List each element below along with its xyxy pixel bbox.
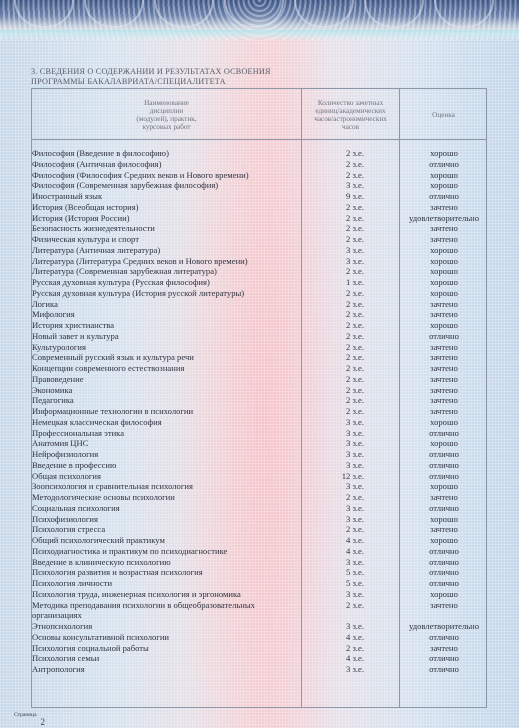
border-ornament-icon (84, 0, 144, 28)
discipline-name: Русская духовная культура (История русск… (32, 288, 297, 299)
header-text: Наименование (136, 99, 196, 107)
table-row: Литература (Литература Средних веков и Н… (32, 256, 486, 267)
grade-cell: зачтено (401, 342, 487, 353)
border-ornament-icon (364, 0, 424, 28)
credits-cell: 2 з.е. (324, 202, 364, 213)
discipline-name: Психология труда, инженерная психология … (32, 589, 297, 600)
discipline-name: Литература (Античная литература) (32, 245, 297, 256)
discipline-name: Нейрофизиология (32, 449, 297, 460)
table-row: Введение в профессию3 з.е.отлично (32, 460, 486, 471)
grade-cell: отлично (401, 664, 487, 675)
grade-cell: зачтено (401, 299, 487, 310)
section-title-line: 3. СВЕДЕНИЯ О СОДЕРЖАНИИ И РЕЗУЛЬТАТАХ О… (31, 67, 271, 77)
table-body: Философия (Введение в философию)2 з.е.хо… (32, 148, 486, 675)
credits-cell: 4 з.е. (324, 546, 364, 557)
credits-cell: 9 з.е. (324, 191, 364, 202)
grade-cell: зачтено (401, 643, 487, 654)
discipline-name: Общая психология (32, 471, 297, 482)
grade-cell: отлично (401, 546, 487, 557)
page-footer: Страница 2 (14, 712, 45, 728)
credits-cell: 2 з.е. (324, 148, 364, 159)
credits-cell: 3 з.е. (324, 245, 364, 256)
discipline-name: Педагогика (32, 395, 297, 406)
discipline-name: Литература (Литература Средних веков и Н… (32, 256, 297, 267)
table-row: Психология социальной работы2 з.е.зачтен… (32, 643, 486, 654)
credits-cell: 2 з.е. (324, 643, 364, 654)
credits-cell: 2 з.е. (324, 266, 364, 277)
table-row: Литература (Современная зарубежная литер… (32, 266, 486, 277)
table-row: Методика преподавания психологии в общео… (32, 600, 486, 622)
credits-cell: 2 з.е. (324, 406, 364, 417)
grade-cell: отлично (401, 503, 487, 514)
grade-cell: зачтено (401, 524, 487, 535)
grade-cell: хорошо (401, 288, 487, 299)
table-row: Новый завет и культура2 з.е.отлично (32, 331, 486, 342)
table-row: История (Всеобщая история)2 з.е.зачтено (32, 202, 486, 213)
grade-cell: хорошо (401, 438, 487, 449)
credits-cell: 2 з.е. (324, 374, 364, 385)
grade-cell: зачтено (401, 363, 487, 374)
discipline-name: Мифология (32, 309, 297, 320)
credits-cell: 2 з.е. (324, 352, 364, 363)
table-row: Русская духовная культура (История русск… (32, 288, 486, 299)
credits-cell: 5 з.е. (324, 567, 364, 578)
grades-table: Наименование дисциплин (модулей), практи… (31, 88, 487, 708)
header-grade: Оценка (400, 89, 487, 140)
grade-cell: хорошо (401, 514, 487, 525)
header-discipline: Наименование дисциплин (модулей), практи… (32, 89, 301, 140)
table-row: Психология личности5 з.е.отлично (32, 578, 486, 589)
table-row: Философия (Введение в философию)2 з.е.хо… (32, 148, 486, 159)
table-row: Введение в клиническую психологию3 з.е.о… (32, 557, 486, 568)
border-ornament-icon (434, 0, 494, 28)
discipline-name: Введение в профессию (32, 460, 297, 471)
discipline-name: Психофизиология (32, 514, 297, 525)
grade-cell: удовлетворительно (401, 213, 487, 224)
credits-cell: 3 з.е. (324, 256, 364, 267)
section-title-line: ПРОГРАММЫ БАКАЛАВРИАТА/СПЕЦИАЛИТЕТА (31, 77, 271, 87)
grade-cell: отлично (401, 191, 487, 202)
discipline-name: Методологические основы психологии (32, 492, 297, 503)
credits-cell: 4 з.е. (324, 653, 364, 664)
discipline-name: Психология личности (32, 578, 297, 589)
section-title: 3. СВЕДЕНИЯ О СОДЕРЖАНИИ И РЕЗУЛЬТАТАХ О… (31, 67, 271, 86)
table-row: Этнопсихология3 з.е.удовлетворительно (32, 621, 486, 632)
credits-cell: 2 з.е. (324, 223, 364, 234)
discipline-name: Философия (Античная философия) (32, 159, 297, 170)
table-row: Антропология3 з.е.отлично (32, 664, 486, 675)
header-text: Количество зачетных (314, 99, 387, 107)
table-row: Правоведение2 з.е.зачтено (32, 374, 486, 385)
discipline-name: Современный русский язык и культура речи (32, 352, 297, 363)
table-row: Безопасность жизнедеятельности2 з.е.зачт… (32, 223, 486, 234)
credits-cell: 2 з.е. (324, 600, 364, 611)
grade-cell: хорошо (401, 148, 487, 159)
table-row: Психология развития и возрастная психоло… (32, 567, 486, 578)
credits-cell: 2 з.е. (324, 170, 364, 181)
grade-cell: отлично (401, 632, 487, 643)
discipline-name: Литература (Современная зарубежная литер… (32, 266, 297, 277)
discipline-name: Психология социальной работы (32, 643, 297, 654)
table-row: Зоопсихология и сравнительная психология… (32, 481, 486, 492)
credits-cell: 2 з.е. (324, 299, 364, 310)
credits-cell: 2 з.е. (324, 288, 364, 299)
discipline-name: Анатомия ЦНС (32, 438, 297, 449)
discipline-name: Психология семьи (32, 653, 297, 664)
grade-cell: зачтено (401, 374, 487, 385)
header-text: дисциплин (136, 107, 196, 115)
discipline-name: Этнопсихология (32, 621, 297, 632)
table-row: Экономика2 з.е.зачтено (32, 385, 486, 396)
grade-cell: зачтено (401, 492, 487, 503)
header-text: Оценка (432, 111, 455, 119)
table-row: Информационные технологии в психологии2 … (32, 406, 486, 417)
border-ornament-icon (224, 0, 284, 28)
table-row: Общий психологический практикум4 з.е.хор… (32, 535, 486, 546)
credits-cell: 3 з.е. (324, 417, 364, 428)
table-row: Концепции современного естествознания2 з… (32, 363, 486, 374)
discipline-name: Концепции современного естествознания (32, 363, 297, 374)
table-row: Литература (Античная литература)3 з.е.хо… (32, 245, 486, 256)
border-ornament-icon (14, 0, 74, 28)
credits-cell: 3 з.е. (324, 449, 364, 460)
discipline-name: Информационные технологии в психологии (32, 406, 297, 417)
discipline-name: Психология развития и возрастная психоло… (32, 567, 297, 578)
page-number: 2 (41, 717, 46, 727)
grade-cell: хорошо (401, 417, 487, 428)
discipline-name: Философия (Введение в философию) (32, 148, 297, 159)
credits-cell: 5 з.е. (324, 578, 364, 589)
table-row: Педагогика2 з.е.зачтено (32, 395, 486, 406)
grade-cell: отлично (401, 653, 487, 664)
discipline-name: Экономика (32, 385, 297, 396)
grade-cell: зачтено (401, 234, 487, 245)
discipline-name: Безопасность жизнедеятельности (32, 223, 297, 234)
table-row: История (История России)2 з.е.удовлетвор… (32, 213, 486, 224)
credits-cell: 2 з.е. (324, 524, 364, 535)
discipline-name: Культурология (32, 342, 297, 353)
table-row: Психофизиология3 з.е.хорошо (32, 514, 486, 525)
discipline-name: Общий психологический практикум (32, 535, 297, 546)
header-text: единиц/академических (314, 107, 387, 115)
grade-cell: хорошо (401, 277, 487, 288)
header-text: курсовых работ (136, 123, 196, 131)
table-row: Психодиагностика и практикум по психодиа… (32, 546, 486, 557)
discipline-name: Основы консультативной психологии (32, 632, 297, 643)
grade-cell: зачтено (401, 600, 487, 611)
grade-cell: зачтено (401, 395, 487, 406)
grade-cell: отлично (401, 567, 487, 578)
credits-cell: 3 з.е. (324, 460, 364, 471)
grade-cell: зачтено (401, 223, 487, 234)
table-row: Психология труда, инженерная психология … (32, 589, 486, 600)
discipline-name: История (История России) (32, 213, 297, 224)
grade-cell: хорошо (401, 320, 487, 331)
table-row: Мифология2 з.е.зачтено (32, 309, 486, 320)
discipline-name: Философия (Современная зарубежная филосо… (32, 180, 297, 191)
grade-cell: хорошо (401, 256, 487, 267)
grade-cell: зачтено (401, 385, 487, 396)
grade-cell: хорошо (401, 266, 487, 277)
table-row: Философия (Античная философия)2 з.е.отли… (32, 159, 486, 170)
page-label: Страница (14, 712, 37, 718)
credits-cell: 2 з.е. (324, 331, 364, 342)
grade-cell: зачтено (401, 309, 487, 320)
table-row: Основы консультативной психологии4 з.е.о… (32, 632, 486, 643)
table-row: Психология семьи4 з.е.отлично (32, 653, 486, 664)
discipline-name: Методика преподавания психологии в общео… (32, 600, 297, 622)
table-row: Нейрофизиология3 з.е.отлично (32, 449, 486, 460)
grade-cell: хорошо (401, 245, 487, 256)
credits-cell: 3 з.е. (324, 664, 364, 675)
credits-cell: 2 з.е. (324, 213, 364, 224)
table-row: Психология стресса2 з.е.зачтено (32, 524, 486, 535)
discipline-name: Введение в клиническую психологию (32, 557, 297, 568)
table-row: Профессиональная этика3 з.е.отлично (32, 428, 486, 439)
grade-cell: зачтено (401, 352, 487, 363)
table-row: Анатомия ЦНС3 з.е.хорошо (32, 438, 486, 449)
credits-cell: 3 з.е. (324, 621, 364, 632)
table-row: Логика2 з.е.зачтено (32, 299, 486, 310)
discipline-name: Новый завет и культура (32, 331, 297, 342)
grade-cell: отлично (401, 449, 487, 460)
credits-cell: 2 з.е. (324, 395, 364, 406)
grade-cell: хорошо (401, 589, 487, 600)
decorative-border (0, 0, 519, 40)
discipline-name: Логика (32, 299, 297, 310)
credits-cell: 3 з.е. (324, 438, 364, 449)
grade-cell: отлично (401, 460, 487, 471)
grade-cell: отлично (401, 557, 487, 568)
credits-cell: 3 з.е. (324, 481, 364, 492)
grade-cell: отлично (401, 471, 487, 482)
discipline-name: Антропология (32, 664, 297, 675)
discipline-name: Немецкая классическая философия (32, 417, 297, 428)
table-row: Современный русский язык и культура речи… (32, 352, 486, 363)
table-row: Культурология2 з.е.зачтено (32, 342, 486, 353)
discipline-name: Зоопсихология и сравнительная психология (32, 481, 297, 492)
discipline-name: Социальная психология (32, 503, 297, 514)
credits-cell: 3 з.е. (324, 180, 364, 191)
credits-cell: 2 з.е. (324, 320, 364, 331)
credits-cell: 3 з.е. (324, 428, 364, 439)
border-ornament-icon (294, 0, 354, 28)
discipline-name: Философия (Философия Средних веков и Нов… (32, 170, 297, 181)
header-credits: Количество зачетных единиц/академических… (302, 89, 399, 140)
credits-cell: 3 з.е. (324, 589, 364, 600)
credits-cell: 2 з.е. (324, 492, 364, 503)
credits-cell: 4 з.е. (324, 632, 364, 643)
credits-cell: 12 з.е. (324, 471, 364, 482)
discipline-name: Правоведение (32, 374, 297, 385)
discipline-name: Иностранный язык (32, 191, 297, 202)
grade-cell: хорошо (401, 180, 487, 191)
credits-cell: 2 з.е. (324, 342, 364, 353)
table-row: Иностранный язык9 з.е.отлично (32, 191, 486, 202)
credits-cell: 2 з.е. (324, 159, 364, 170)
credits-cell: 4 з.е. (324, 535, 364, 546)
header-text: часов/астрономических (314, 115, 387, 123)
grade-cell: зачтено (401, 202, 487, 213)
discipline-name: Психология стресса (32, 524, 297, 535)
table-row: Методологические основы психологии2 з.е.… (32, 492, 486, 503)
grade-cell: отлично (401, 578, 487, 589)
discipline-name: История христианства (32, 320, 297, 331)
discipline-name: Психодиагностика и практикум по психодиа… (32, 546, 297, 557)
discipline-name: Русская духовная культура (Русская филос… (32, 277, 297, 288)
discipline-name: Физическая культура и спорт (32, 234, 297, 245)
table-row: Философия (Современная зарубежная филосо… (32, 180, 486, 191)
credits-cell: 1 з.е. (324, 277, 364, 288)
table-row: Философия (Философия Средних веков и Нов… (32, 170, 486, 181)
table-row: Физическая культура и спорт2 з.е.зачтено (32, 234, 486, 245)
table-row: Немецкая классическая философия3 з.е.хор… (32, 417, 486, 428)
grade-cell: удовлетворительно (401, 621, 487, 632)
grade-cell: хорошо (401, 170, 487, 181)
border-ornament-icon (154, 0, 214, 28)
grade-cell: хорошо (401, 481, 487, 492)
credits-cell: 2 з.е. (324, 309, 364, 320)
grade-cell: зачтено (401, 406, 487, 417)
credits-cell: 3 з.е. (324, 503, 364, 514)
credits-cell: 2 з.е. (324, 385, 364, 396)
credits-cell: 3 з.е. (324, 557, 364, 568)
grade-cell: отлично (401, 159, 487, 170)
header-text: (модулей), практик, (136, 115, 196, 123)
grade-cell: отлично (401, 428, 487, 439)
table-row: История христианства2 з.е.хорошо (32, 320, 486, 331)
discipline-name: Профессиональная этика (32, 428, 297, 439)
credits-cell: 3 з.е. (324, 514, 364, 525)
grade-cell: хорошо (401, 535, 487, 546)
table-row: Социальная психология3 з.е.отлично (32, 503, 486, 514)
credits-cell: 2 з.е. (324, 363, 364, 374)
table-row: Общая психология12 з.е.отлично (32, 471, 486, 482)
discipline-name: История (Всеобщая история) (32, 202, 297, 213)
header-text: часов (314, 123, 387, 131)
grade-cell: отлично (401, 331, 487, 342)
credits-cell: 2 з.е. (324, 234, 364, 245)
table-row: Русская духовная культура (Русская филос… (32, 277, 486, 288)
